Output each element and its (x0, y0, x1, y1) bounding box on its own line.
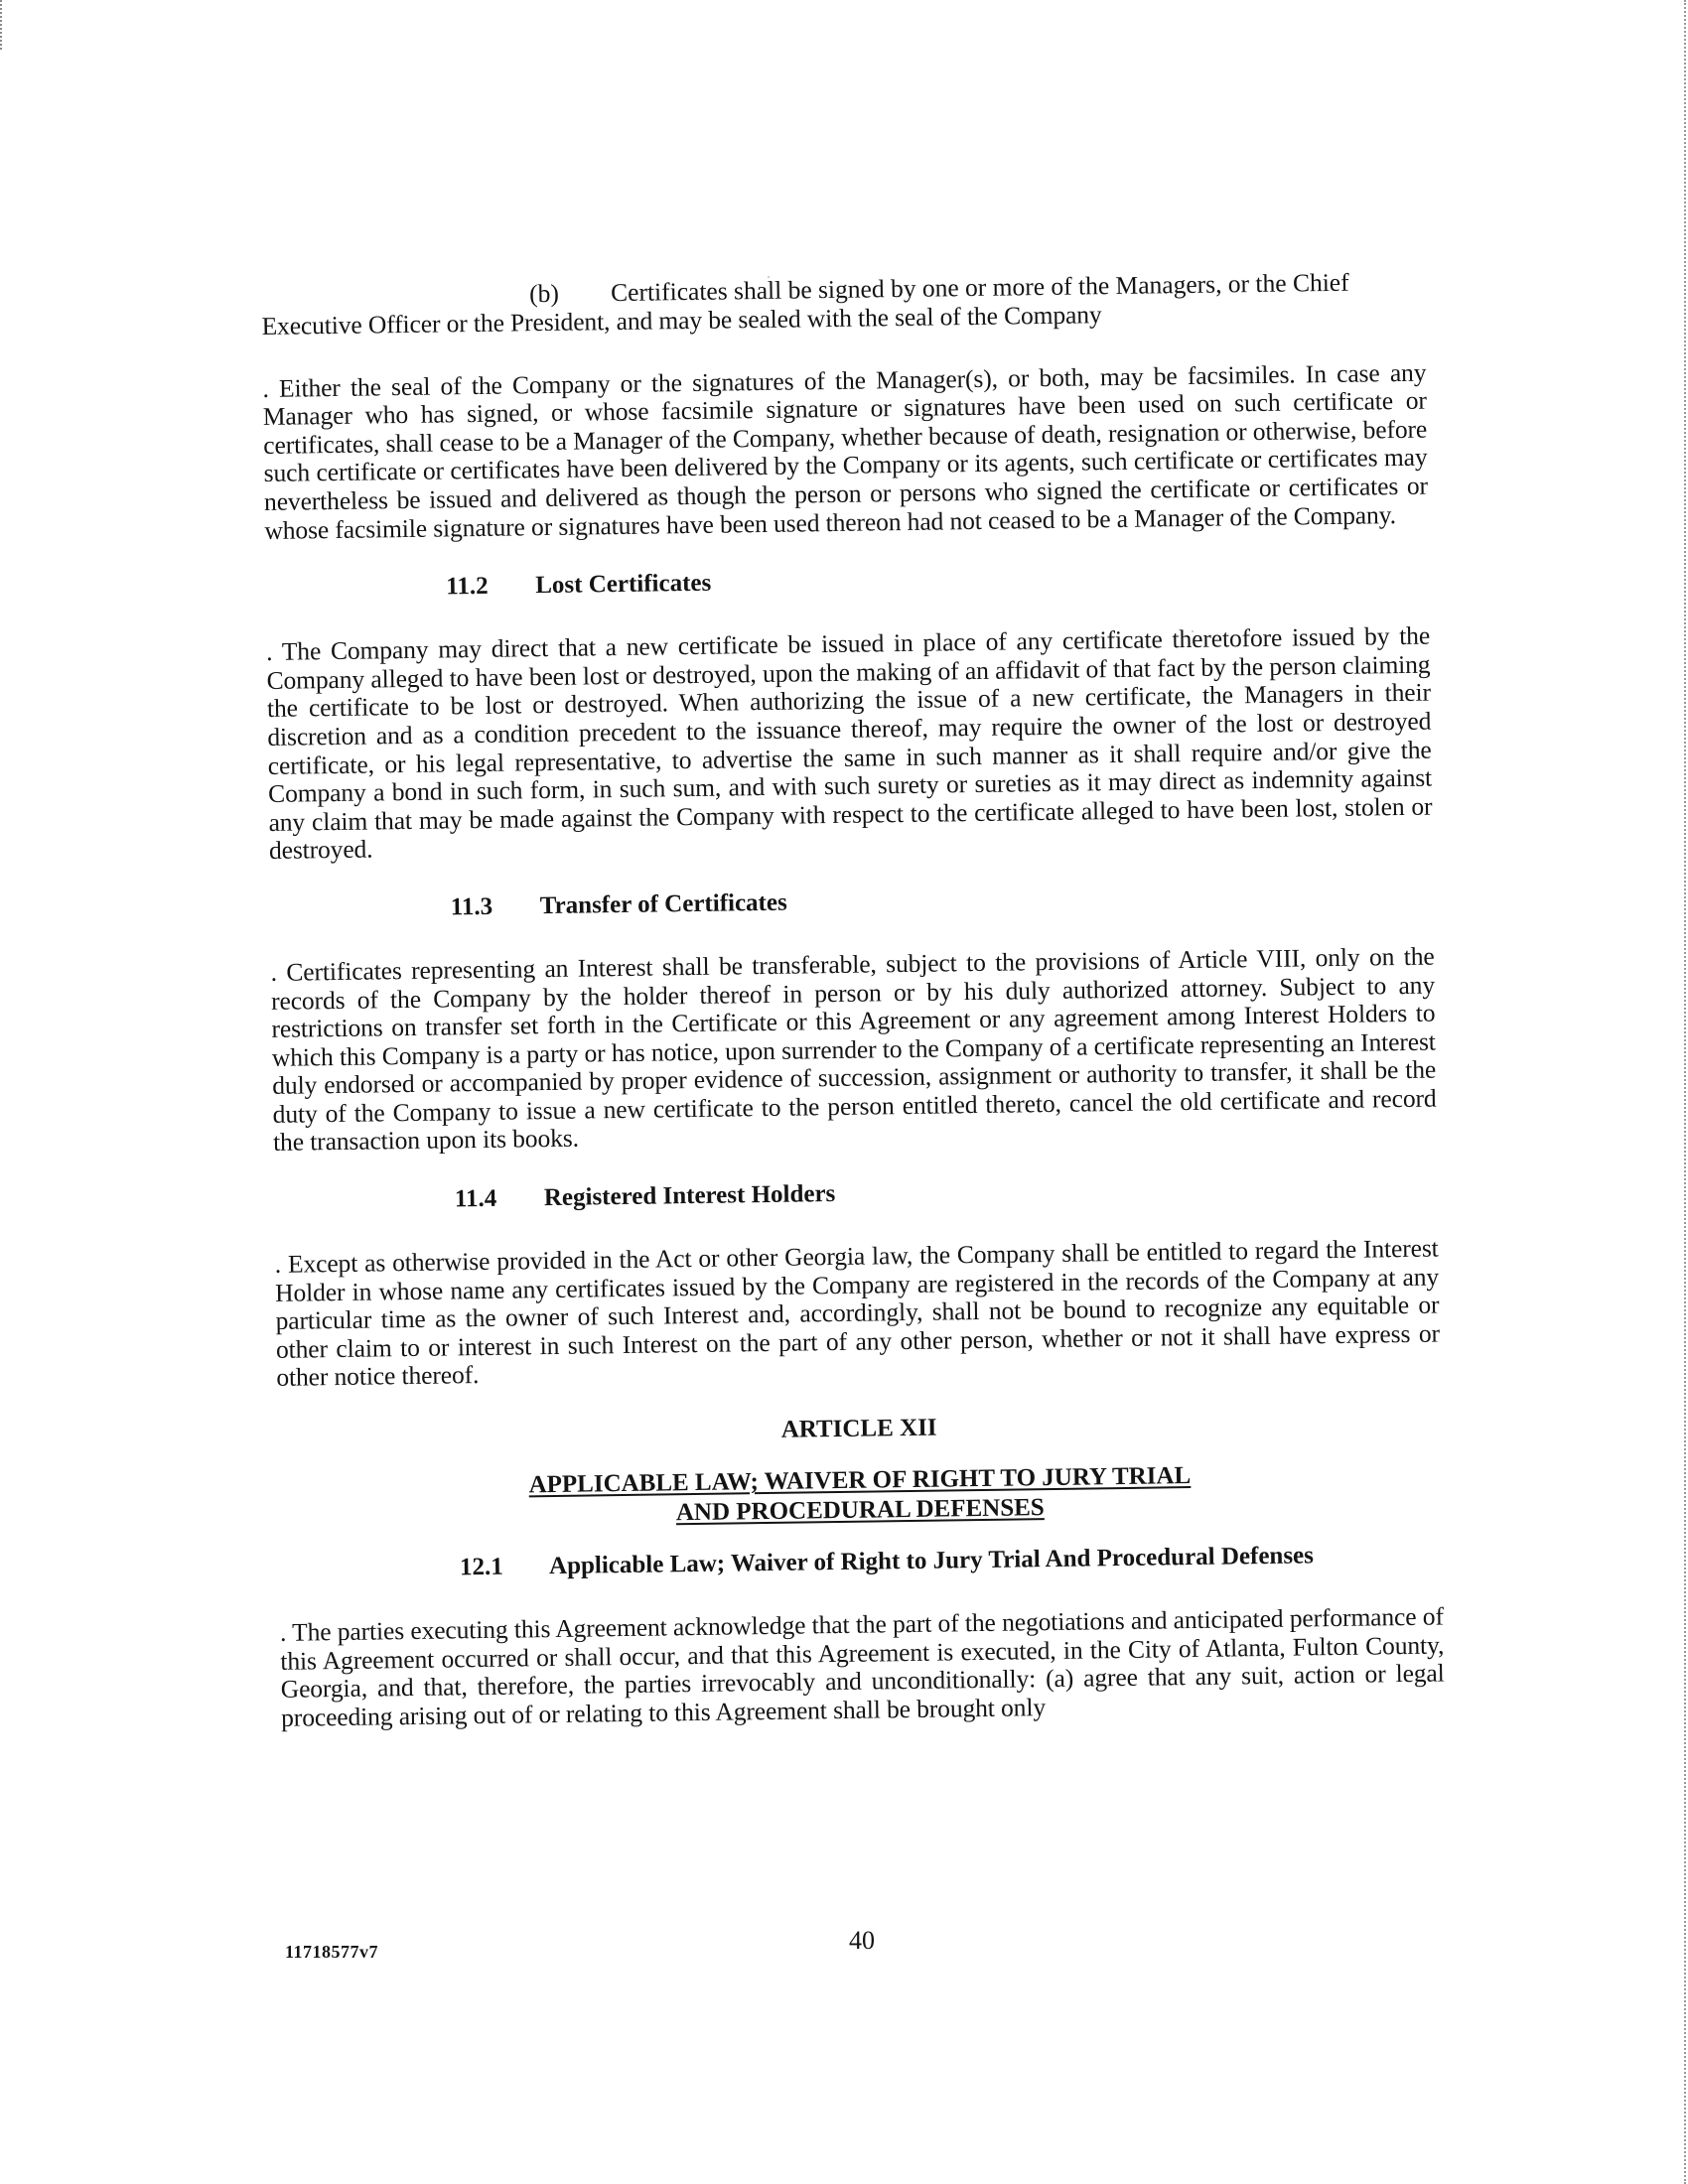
section-number: 11.2 (446, 572, 489, 603)
subsection-label: (b) (529, 280, 559, 309)
document-id: 11718577v7 (285, 1942, 378, 1963)
page-number: 40 (849, 1926, 875, 1956)
section-number: 11.3 (451, 892, 493, 923)
section-body-11-3: . Certificates representing an Interest … (270, 942, 1437, 1158)
scan-edge-right (1684, 0, 1686, 2184)
section-title: Registered Interest Holders (544, 1179, 836, 1213)
document-body: (b) Certificates shall be signed by one … (261, 268, 1445, 1733)
section-number: 11.4 (455, 1184, 497, 1215)
section-number: 12.1 (460, 1553, 503, 1583)
section-body-11-2: . The Company may direct that a new cert… (266, 622, 1433, 866)
scan-edge-left (0, 0, 2, 50)
section-title: Transfer of Certificates (540, 888, 787, 921)
section-title: Lost Certificates (535, 569, 711, 601)
document-page: (b) Certificates shall be signed by one … (0, 0, 1688, 2184)
paragraph-facsimiles: . Either the seal of the Company or the … (262, 358, 1428, 545)
section-body-11-4: . Except as otherwise provided in the Ac… (275, 1235, 1441, 1393)
section-body-12-1: . The parties executing this Agreement a… (280, 1603, 1445, 1733)
